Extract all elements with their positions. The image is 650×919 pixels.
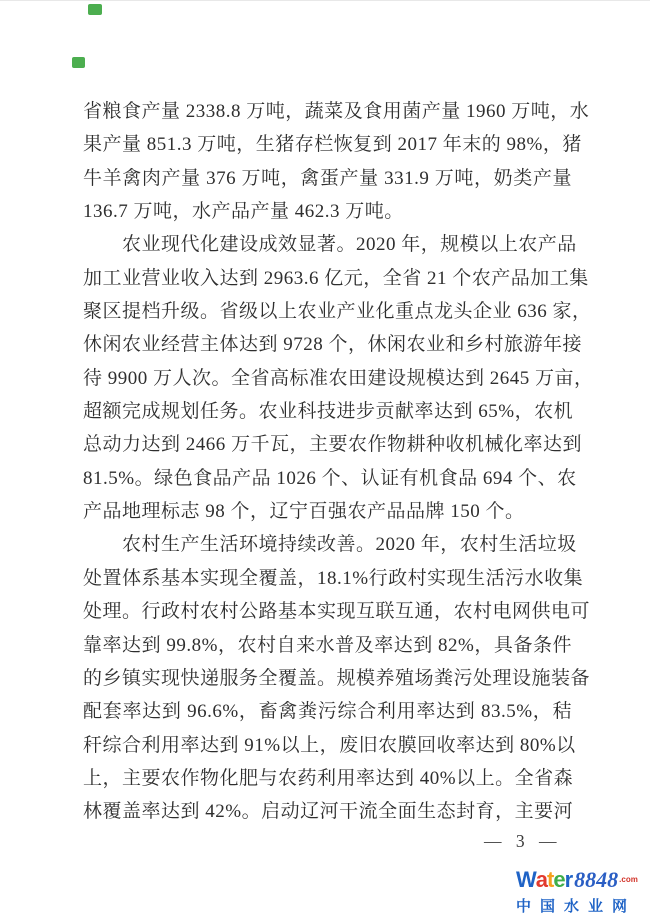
page-number: — 3 — [484, 831, 562, 852]
text-line: 林覆盖率达到 42%。启动辽河干流全面生态封育，主要河 [83, 795, 572, 828]
text-line: 农业现代化建设成效显著。2020 年，规模以上农产品 [83, 228, 572, 261]
logo-tld: .com [619, 868, 638, 894]
text-line: 81.5%。绿色食品产品 1026 个、认证有机食品 694 个、农 [83, 462, 572, 495]
logo-letter: r [565, 868, 573, 892]
text-line: 产品地理标志 98 个，辽宁百强农产品品牌 150 个。 [83, 495, 572, 528]
text-line: 休闲农业经营主体达到 9728 个，休闲农业和乡村旅游年接 [83, 328, 572, 361]
text-line: 处理。行政村农村公路基本实现互联互通，农村电网供电可 [83, 595, 572, 628]
text-line: 总动力达到 2466 万千瓦，主要农作物耕种收机械化率达到 [83, 428, 572, 461]
green-mark-icon [88, 4, 102, 15]
paragraph: 农业现代化建设成效显著。2020 年，规模以上农产品 加工业营业收入达到 296… [83, 228, 572, 528]
text-line: 省粮食产量 2338.8 万吨，蔬菜及食用菌产量 1960 万吨，水 [83, 95, 572, 128]
scan-edge-line [0, 0, 650, 1]
text-line: 136.7 万吨，水产品产量 462.3 万吨。 [83, 195, 572, 228]
text-line: 靠率达到 99.8%，农村自来水普及率达到 82%，具备条件 [83, 629, 572, 662]
text-line: 的乡镇实现快递服务全覆盖。规模养殖场粪污处理设施装备 [83, 662, 572, 695]
water8848-watermark: W a t e r 8848 .com 中国水业网 [516, 868, 650, 916]
green-mark-icon [72, 57, 85, 68]
text-line: 配套率达到 96.6%，畜禽粪污综合利用率达到 83.5%，秸 [83, 695, 572, 728]
text-line: 果产量 851.3 万吨，生猪存栏恢复到 2017 年末的 98%，猪 [83, 128, 572, 161]
logo-letter: e [553, 868, 564, 892]
text-line: 处置体系基本实现全覆盖，18.1%行政村实现生活污水收集 [83, 562, 572, 595]
logo-letter: a [536, 868, 547, 892]
document-page: { "document": { "page_footer": "— 3 —", … [0, 0, 650, 919]
document-text: 省粮食产量 2338.8 万吨，蔬菜及食用菌产量 1960 万吨，水 果产量 8… [83, 95, 572, 829]
text-line: 待 9900 万人次。全省高标准农田建设规模达到 2645 万亩， [83, 362, 572, 395]
water8848-logo: W a t e r 8848 .com [516, 868, 650, 894]
text-line: 聚区提档升级。省级以上农业产业化重点龙头企业 636 家， [83, 295, 572, 328]
text-line: 秆综合利用率达到 91%以上，废旧农膜回收率达到 80%以 [83, 729, 572, 762]
text-line: 上，主要农作物化肥与农药利用率达到 40%以上。全省森 [83, 762, 572, 795]
text-line: 超额完成规划任务。农业科技进步贡献率达到 65%，农机 [83, 395, 572, 428]
text-line: 农村生产生活环境持续改善。2020 年，农村生活垃圾 [83, 528, 572, 561]
text-line: 牛羊禽肉产量 376 万吨，禽蛋产量 331.9 万吨，奶类产量 [83, 162, 572, 195]
text-line: 加工业营业收入达到 2963.6 亿元，全省 21 个农产品加工集 [83, 262, 572, 295]
watermark-tagline: 中国水业网 [516, 895, 650, 916]
paragraph: 农村生产生活环境持续改善。2020 年，农村生活垃圾 处置体系基本实现全覆盖，1… [83, 528, 572, 828]
logo-number: 8848 [574, 868, 618, 892]
paragraph: 省粮食产量 2338.8 万吨，蔬菜及食用菌产量 1960 万吨，水 果产量 8… [83, 95, 572, 228]
logo-letter: W [516, 868, 536, 892]
